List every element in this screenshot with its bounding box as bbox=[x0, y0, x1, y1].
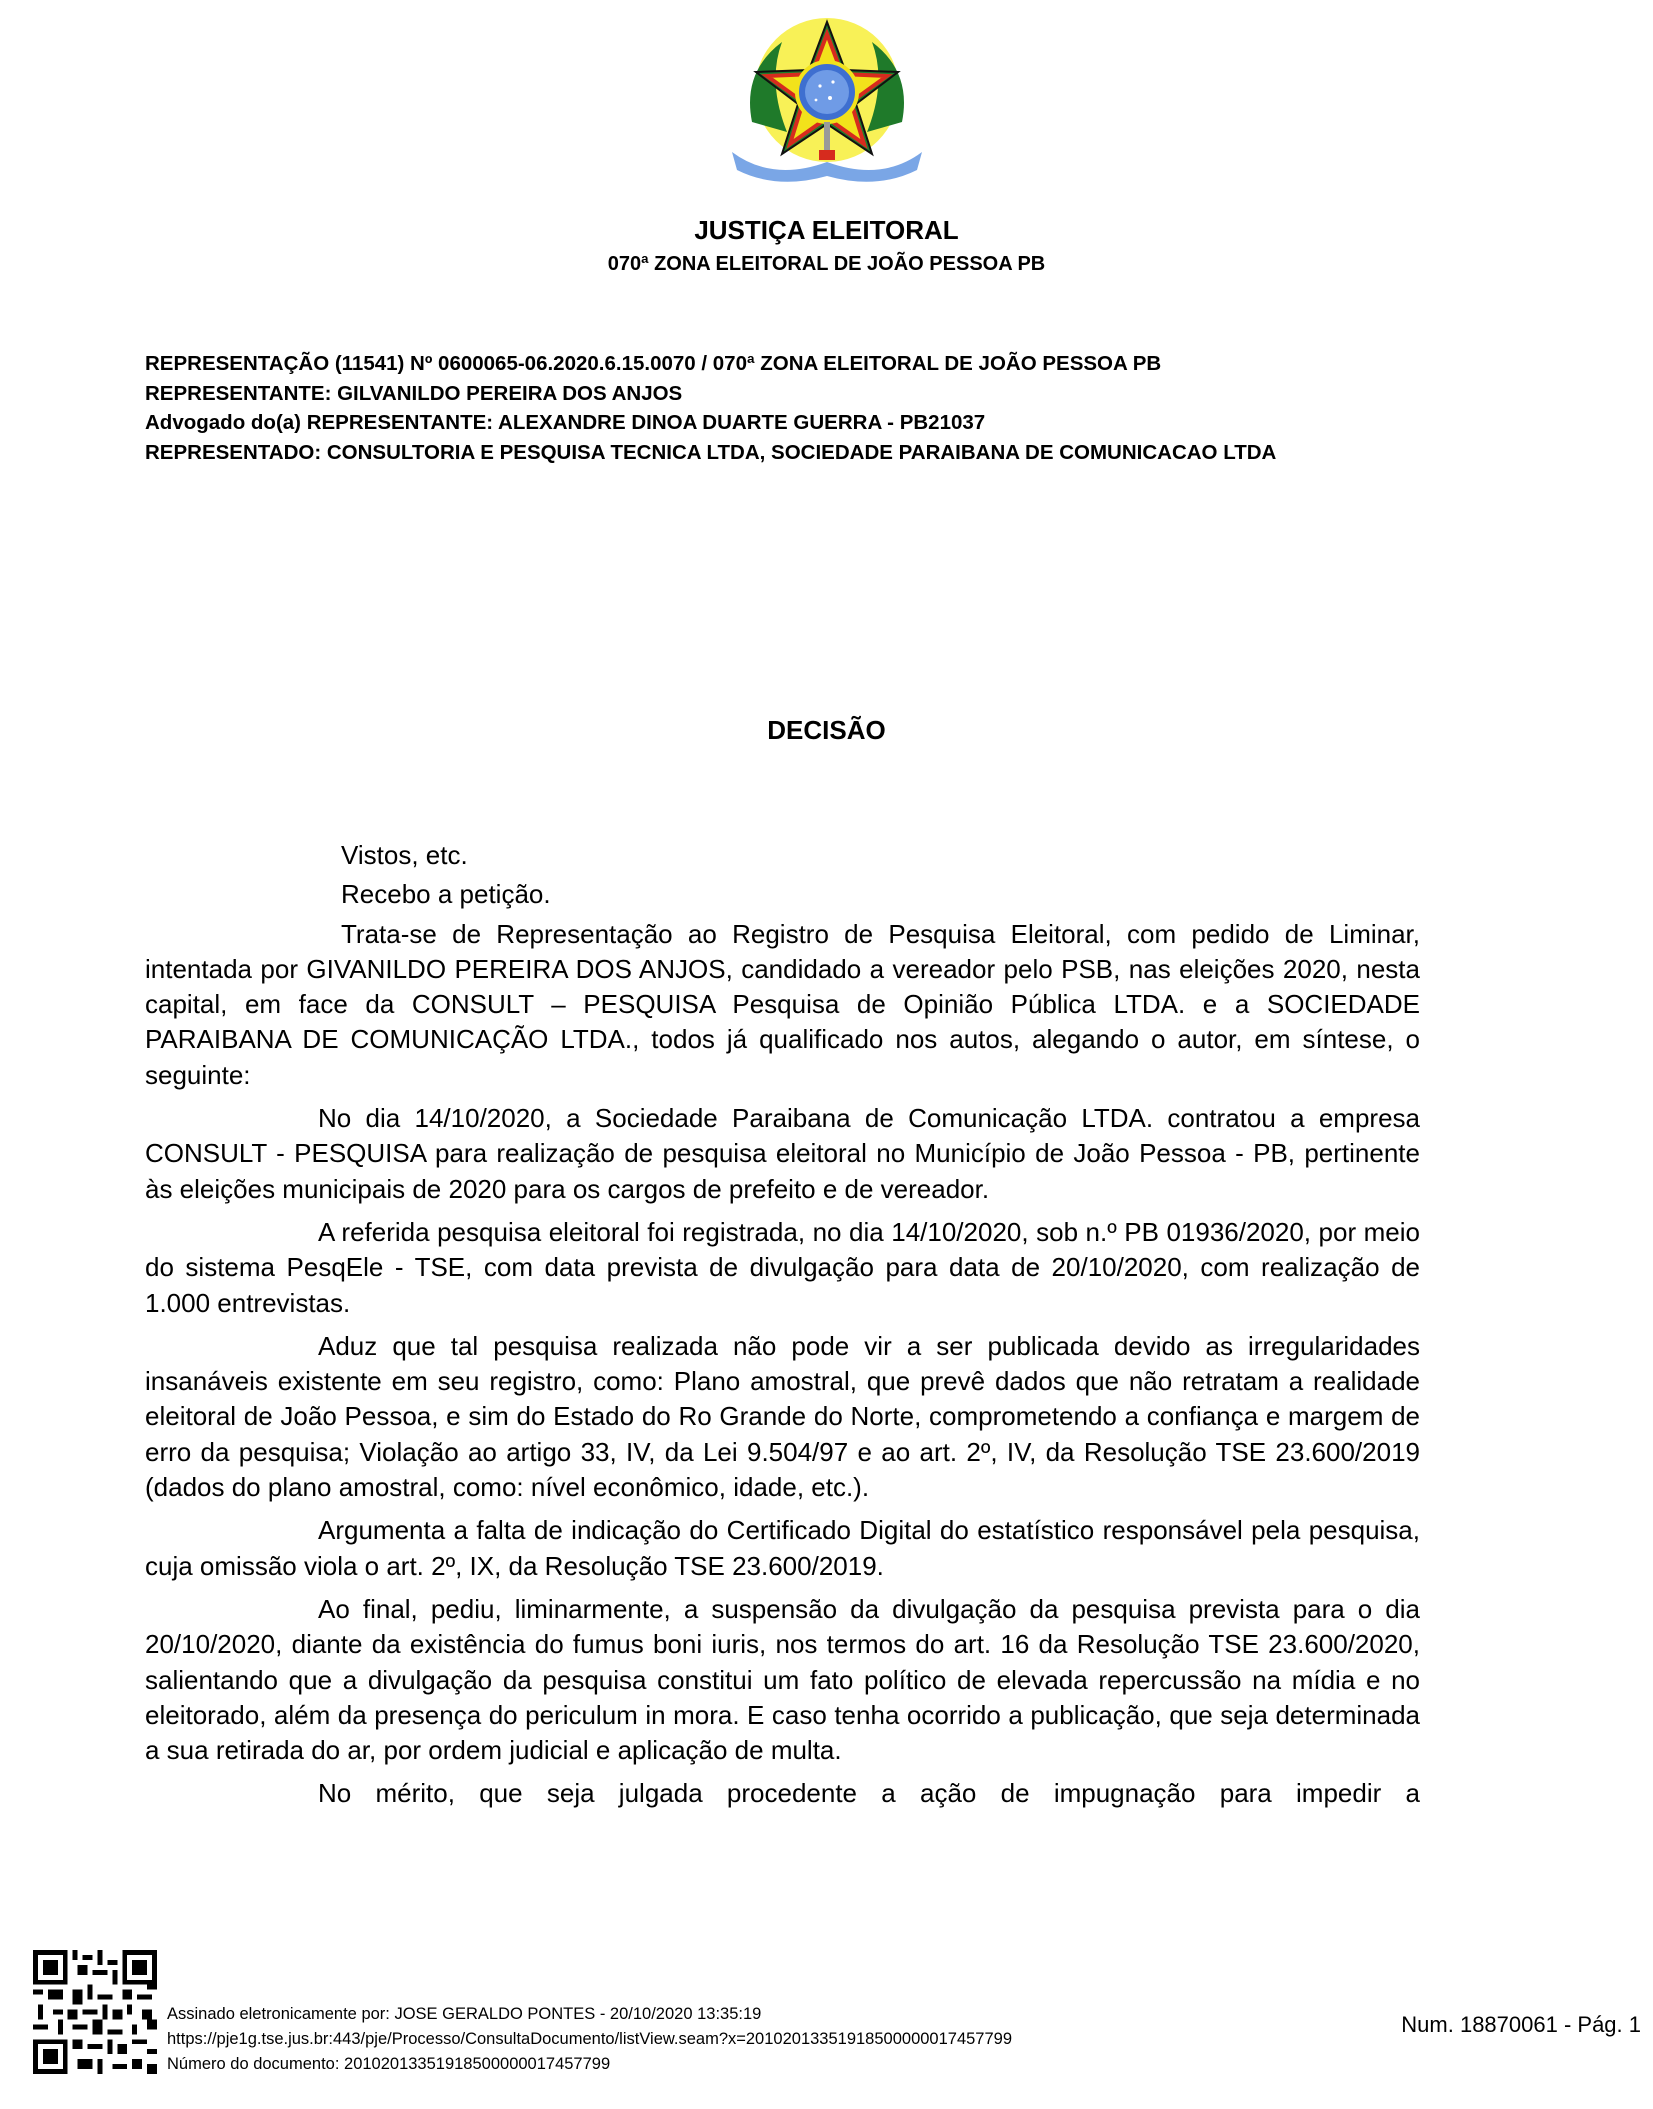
page-number: Num. 18870061 - Pág. 1 bbox=[1401, 2012, 1641, 2038]
plaintiff: REPRESENTANTE: GILVANILDO PEREIRA DOS AN… bbox=[145, 379, 1435, 409]
paragraph: Vistos, etc. bbox=[145, 838, 1420, 873]
paragraph: No dia 14/10/2020, a Sociedade Paraibana… bbox=[145, 1101, 1420, 1207]
court-name: JUSTIÇA ELEITORAL bbox=[0, 215, 1653, 246]
paragraph: No mérito, que seja julgada procedente a… bbox=[145, 1776, 1420, 1811]
qr-code-icon[interactable] bbox=[33, 1950, 157, 2074]
document-number: Número do documento: 2010201335191850000… bbox=[167, 2052, 1012, 2077]
defendant: REPRESENTADO: CONSULTORIA E PESQUISA TEC… bbox=[145, 438, 1435, 468]
signature-block: Assinado eletronicamente por: JOSE GERAL… bbox=[167, 2002, 1012, 2077]
verification-link[interactable]: https://pje1g.tse.jus.br:443/pje/Process… bbox=[167, 2027, 1012, 2052]
paragraph: Recebo a petição. bbox=[145, 877, 1420, 912]
paragraph: Aduz que tal pesquisa realizada não pode… bbox=[145, 1329, 1420, 1505]
case-number: REPRESENTAÇÃO (11541) Nº 0600065-06.2020… bbox=[145, 349, 1435, 379]
case-header: REPRESENTAÇÃO (11541) Nº 0600065-06.2020… bbox=[145, 349, 1435, 467]
document-body: Vistos, etc. Recebo a petição. Trata-se … bbox=[145, 838, 1420, 1820]
plaintiff-lawyer: Advogado do(a) REPRESENTANTE: ALEXANDRE … bbox=[145, 408, 1435, 438]
document-title: DECISÃO bbox=[0, 715, 1653, 746]
paragraph: Ao final, pediu, liminarmente, a suspens… bbox=[145, 1592, 1420, 1768]
paragraph: Argumenta a falta de indicação do Certif… bbox=[145, 1513, 1420, 1584]
brazil-coat-of-arms-icon bbox=[712, 12, 942, 190]
paragraph: A referida pesquisa eleitoral foi regist… bbox=[145, 1215, 1420, 1321]
signed-by: Assinado eletronicamente por: JOSE GERAL… bbox=[167, 2002, 1012, 2027]
paragraph: Trata-se de Representação ao Registro de… bbox=[145, 917, 1420, 1093]
electoral-zone: 070ª ZONA ELEITORAL DE JOÃO PESSOA PB bbox=[0, 253, 1653, 276]
